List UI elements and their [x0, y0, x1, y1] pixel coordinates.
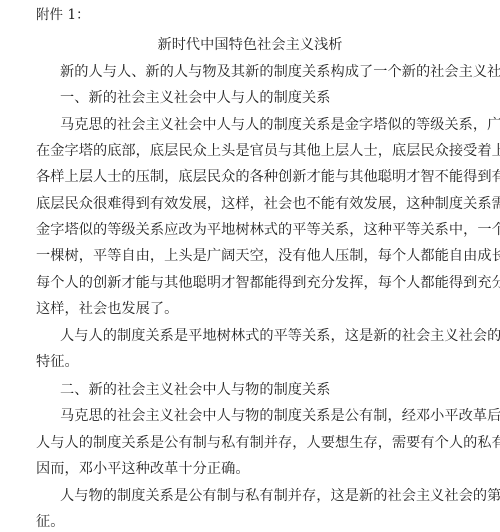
section1-para2-line: 人与人的制度关系是平地树林式的平等关系，这是新的社会主义社会的第一大	[60, 327, 468, 345]
annex-label: 附件 1：	[36, 6, 468, 24]
document-page: 附件 1： 新时代中国特色社会主义浅析 新的人与人、新的人与物及其新的制度关系构…	[0, 0, 500, 532]
section1-para1-line: 一棵树，平等自由，上头是广阔天空，没有他人压制，每个人都能自由成长壮大，	[36, 247, 468, 265]
section2-para2-line: 人与物的制度关系是公有制与私有制并存，这是新的社会主义社会的第二大特	[60, 487, 468, 505]
intro-paragraph: 新的人与人、新的人与物及其新的制度关系构成了一个新的社会主义社会。	[60, 63, 468, 81]
section2-para1-line: 因而，邓小平这种改革十分正确。	[36, 460, 468, 478]
section-heading-2: 二、新的社会主义社会中人与物的制度关系	[60, 381, 468, 399]
section1-para1-line: 各样上层人士的压制，底层民众的各种创新才能与其他聪明才智不能得到有效发挥，	[36, 168, 468, 186]
section1-para1-line: 这样，社会也发展了。	[36, 300, 468, 318]
section1-para1-line: 每个人的创新才能与其他聪明才智都能得到充分发挥，每个人都能得到充分发展，	[36, 274, 468, 292]
section1-para1-line: 底层民众很难得到有效发展，这样，社会也不能有效发展，这种制度关系需要改变，	[36, 195, 468, 213]
document-title: 新时代中国特色社会主义浅析	[0, 36, 500, 54]
section1-para1-line: 马克思的社会主义社会中人与人的制度关系是金字塔似的等级关系，广大民众	[60, 116, 468, 134]
section1-para2-line: 特征。	[36, 353, 468, 371]
section-heading-1: 一、新的社会主义社会中人与人的制度关系	[60, 89, 468, 107]
section2-para2-line: 征。	[36, 513, 468, 531]
section2-para1-line: 人与人的制度关系是公有制与私有制并存，人要想生存，需要有个人的私有财产，	[36, 434, 468, 452]
section2-para1-line: 马克思的社会主义社会中人与物的制度关系是公有制，经邓小平改革后，现在	[60, 407, 468, 425]
section1-para1-line: 在金字塔的底部，底层民众上头是官员与其他上层人士，底层民众接受着上部各种	[36, 142, 468, 160]
section1-para1-line: 金字塔似的等级关系应改为平地树林式的平等关系，这种平等关系中，一个人好似	[36, 221, 468, 239]
